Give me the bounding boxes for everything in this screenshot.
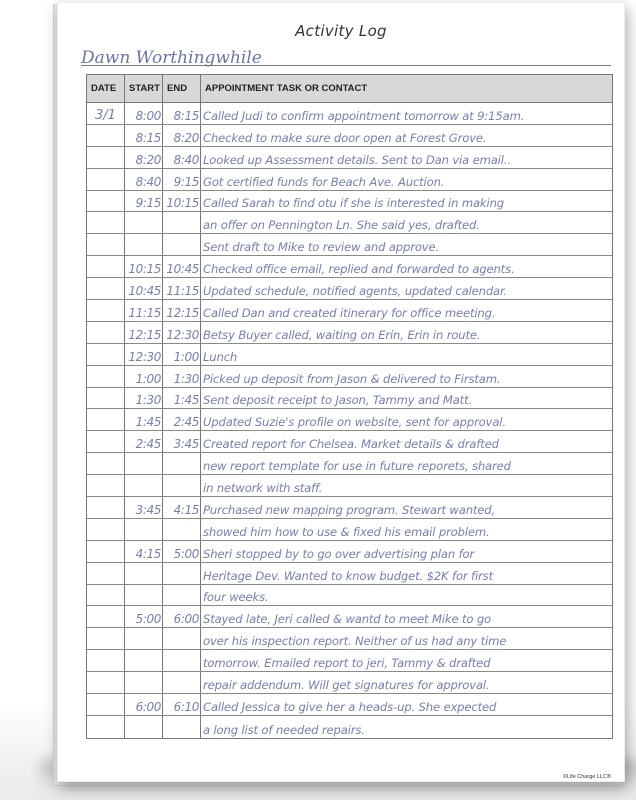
- cell-task: new report template for use in future re…: [201, 453, 612, 474]
- cell-end: [163, 453, 201, 474]
- cell-date: [87, 191, 125, 212]
- table-body: 3/18:008:15Called Judi to confirm appoin…: [87, 103, 612, 738]
- cell-end: 3:45: [163, 431, 201, 452]
- header-date: DATE: [87, 75, 125, 102]
- table-row: 9:1510:15Called Sarah to find otu if she…: [87, 191, 612, 213]
- cell-start: 12:15: [125, 322, 163, 343]
- table-row: showed him how to use & fixed his email …: [87, 519, 612, 541]
- page-title: Activity Log: [57, 22, 625, 40]
- cell-start: [125, 519, 163, 540]
- cell-task: Updated schedule, notified agents, updat…: [201, 278, 612, 299]
- cell-start: [125, 672, 163, 693]
- cell-start: 12:30: [125, 344, 163, 365]
- cell-task: Updated Suzie's profile on website, sent…: [201, 409, 612, 430]
- cell-start: 1:45: [125, 409, 163, 430]
- cell-task: an offer on Pennington Ln. She said yes,…: [201, 212, 612, 233]
- cell-start: 10:45: [125, 278, 163, 299]
- cell-start: 1:30: [125, 388, 163, 409]
- cell-task: over his inspection report. Neither of u…: [201, 628, 612, 649]
- cell-start: [125, 234, 163, 255]
- cell-task: Sent deposit receipt to Jason, Tammy and…: [201, 388, 612, 409]
- header-end: END: [163, 75, 201, 102]
- table-header: DATE START END APPOINTMENT TASK OR CONTA…: [87, 75, 612, 103]
- cell-end: 8:40: [163, 147, 201, 168]
- cell-start: 4:15: [125, 541, 163, 562]
- cell-task: repair addendum. Will get signatures for…: [201, 672, 612, 693]
- cell-date: [87, 147, 125, 168]
- name-underline: [81, 65, 611, 66]
- cell-start: [125, 585, 163, 606]
- cell-date: [87, 606, 125, 627]
- table-row: 12:301:00Lunch: [87, 344, 612, 366]
- table-row: 8:208:40Looked up Assessment details. Se…: [87, 147, 612, 169]
- cell-start: 8:40: [125, 169, 163, 190]
- cell-date: [87, 585, 125, 606]
- cell-date: [87, 322, 125, 343]
- cell-end: [163, 212, 201, 233]
- cell-task: Checked office email, replied and forwar…: [201, 256, 612, 277]
- cell-end: [163, 563, 201, 584]
- table-row: 10:1510:45Checked office email, replied …: [87, 256, 612, 278]
- cell-end: 1:00: [163, 344, 201, 365]
- cell-end: [163, 519, 201, 540]
- table-row: 11:1512:15Called Dan and created itinera…: [87, 300, 612, 322]
- cell-task: four weeks.: [201, 585, 612, 606]
- cell-end: 10:15: [163, 191, 201, 212]
- cell-date: 3/1: [87, 103, 125, 124]
- cell-start: [125, 212, 163, 233]
- cell-date: [87, 278, 125, 299]
- table-row: four weeks.: [87, 585, 612, 607]
- cell-date: [87, 563, 125, 584]
- cell-date: [87, 650, 125, 671]
- cell-date: [87, 256, 125, 277]
- cell-task: a long list of needed repairs.: [201, 716, 612, 738]
- table-row: 3:454:15 Purchased new mapping program. …: [87, 497, 612, 519]
- table-row: 4:155:00 Sheri stopped by to go over adv…: [87, 541, 612, 563]
- header-start: START: [125, 75, 163, 102]
- cell-start: 3:45: [125, 497, 163, 518]
- cell-task: Called Judi to confirm appointment tomor…: [201, 103, 612, 124]
- cell-end: 6:00: [163, 606, 201, 627]
- cell-date: [87, 716, 125, 738]
- cell-start: [125, 563, 163, 584]
- cell-date: [87, 431, 125, 452]
- activity-table: DATE START END APPOINTMENT TASK OR CONTA…: [86, 74, 613, 739]
- cell-end: 8:20: [163, 125, 201, 146]
- cell-date: [87, 125, 125, 146]
- cell-end: [163, 234, 201, 255]
- cell-date: [87, 234, 125, 255]
- cell-start: [125, 628, 163, 649]
- table-row: a long list of needed repairs.: [87, 716, 612, 738]
- cell-date: [87, 628, 125, 649]
- cell-start: 1:00: [125, 366, 163, 387]
- cell-end: 12:15: [163, 300, 201, 321]
- table-row: 1:452:45 Updated Suzie's profile on webs…: [87, 409, 612, 431]
- cell-task: Got certified funds for Beach Ave. Aucti…: [201, 169, 612, 190]
- table-row: new report template for use in future re…: [87, 453, 612, 475]
- cell-end: 9:15: [163, 169, 201, 190]
- cell-task: tomorrow. Emailed report to jeri, Tammy …: [201, 650, 612, 671]
- cell-date: [87, 169, 125, 190]
- table-row: 10:4511:15Updated schedule, notified age…: [87, 278, 612, 300]
- cell-end: 11:15: [163, 278, 201, 299]
- cell-task: Lunch: [201, 344, 612, 365]
- cell-start: [125, 716, 163, 738]
- table-row: an offer on Pennington Ln. She said yes,…: [87, 212, 612, 234]
- cell-end: [163, 628, 201, 649]
- cell-end: 1:30: [163, 366, 201, 387]
- cell-end: 10:45: [163, 256, 201, 277]
- table-row: over his inspection report. Neither of u…: [87, 628, 612, 650]
- table-row: in network with staff.: [87, 475, 612, 497]
- cell-date: [87, 475, 125, 496]
- cell-start: [125, 453, 163, 474]
- cell-task: Called Sarah to find otu if she is inter…: [201, 191, 612, 212]
- table-row: repair addendum. Will get signatures for…: [87, 672, 612, 694]
- cell-date: [87, 409, 125, 430]
- cell-date: [87, 212, 125, 233]
- table-row: 5:006:00 Stayed late, Jeri called & want…: [87, 606, 612, 628]
- cell-task: Called Jessica to give her a heads-up. S…: [201, 694, 612, 715]
- cell-date: [87, 366, 125, 387]
- cell-start: [125, 650, 163, 671]
- cell-start: 10:15: [125, 256, 163, 277]
- cell-task: Created report for Chelsea. Market detai…: [201, 431, 612, 452]
- cell-start: 8:20: [125, 147, 163, 168]
- cell-end: [163, 585, 201, 606]
- cell-task: showed him how to use & fixed his email …: [201, 519, 612, 540]
- cell-start: 8:15: [125, 125, 163, 146]
- table-row: 8:158:20Checked to make sure door open a…: [87, 125, 612, 147]
- cell-date: [87, 453, 125, 474]
- table-row: tomorrow. Emailed report to jeri, Tammy …: [87, 650, 612, 672]
- cell-end: 5:00: [163, 541, 201, 562]
- copyright-notice: ©Life Charge LLC®: [563, 774, 611, 780]
- cell-start: 6:00: [125, 694, 163, 715]
- cell-end: [163, 650, 201, 671]
- table-row: Heritage Dev. Wanted to know budget. $2K…: [87, 563, 612, 585]
- cell-date: [87, 300, 125, 321]
- cell-end: [163, 716, 201, 738]
- cell-date: [87, 388, 125, 409]
- cell-date: [87, 497, 125, 518]
- table-row: Sent draft to Mike to review and approve…: [87, 234, 612, 256]
- cell-task: Stayed late, Jeri called & wantd to meet…: [201, 606, 612, 627]
- cell-end: 8:15: [163, 103, 201, 124]
- cell-start: 5:00: [125, 606, 163, 627]
- cell-task: Sent draft to Mike to review and approve…: [201, 234, 612, 255]
- table-row: 3/18:008:15Called Judi to confirm appoin…: [87, 103, 612, 125]
- cell-task: Checked to make sure door open at Forest…: [201, 125, 612, 146]
- cell-task: in network with staff.: [201, 475, 612, 496]
- cell-date: [87, 541, 125, 562]
- cell-date: [87, 694, 125, 715]
- cell-date: [87, 344, 125, 365]
- cell-start: 2:45: [125, 431, 163, 452]
- cell-task: Heritage Dev. Wanted to know budget. $2K…: [201, 563, 612, 584]
- cell-end: [163, 672, 201, 693]
- cell-date: [87, 519, 125, 540]
- header-task: APPOINTMENT TASK OR CONTACT: [201, 75, 612, 102]
- cell-task: Picked up deposit from Jason & delivered…: [201, 366, 612, 387]
- table-row: 6:006:10 Called Jessica to give her a he…: [87, 694, 612, 716]
- cell-end: 6:10: [163, 694, 201, 715]
- cell-task: Purchased new mapping program. Stewart w…: [201, 497, 612, 518]
- table-row: 2:453:45 Created report for Chelsea. Mar…: [87, 431, 612, 453]
- cell-task: Sheri stopped by to go over advertising …: [201, 541, 612, 562]
- cell-end: 2:45: [163, 409, 201, 430]
- table-row: 1:301:45 Sent deposit receipt to Jason, …: [87, 388, 612, 410]
- table-row: 8:409:15Got certified funds for Beach Av…: [87, 169, 612, 191]
- cell-date: [87, 672, 125, 693]
- cell-task: Called Dan and created itinerary for off…: [201, 300, 612, 321]
- cell-start: [125, 475, 163, 496]
- cell-task: Looked up Assessment details. Sent to Da…: [201, 147, 612, 168]
- cell-end: 12:30: [163, 322, 201, 343]
- activity-log-page: Activity Log Dawn Worthingwhile DATE STA…: [57, 2, 625, 782]
- cell-end: 4:15: [163, 497, 201, 518]
- table-row: 1:001:30 Picked up deposit from Jason & …: [87, 366, 612, 388]
- cell-end: 1:45: [163, 388, 201, 409]
- table-row: 12:1512:30Betsy Buyer called, waiting on…: [87, 322, 612, 344]
- cell-start: 11:15: [125, 300, 163, 321]
- cell-start: 9:15: [125, 191, 163, 212]
- cell-start: 8:00: [125, 103, 163, 124]
- cell-end: [163, 475, 201, 496]
- cell-task: Betsy Buyer called, waiting on Erin, Eri…: [201, 322, 612, 343]
